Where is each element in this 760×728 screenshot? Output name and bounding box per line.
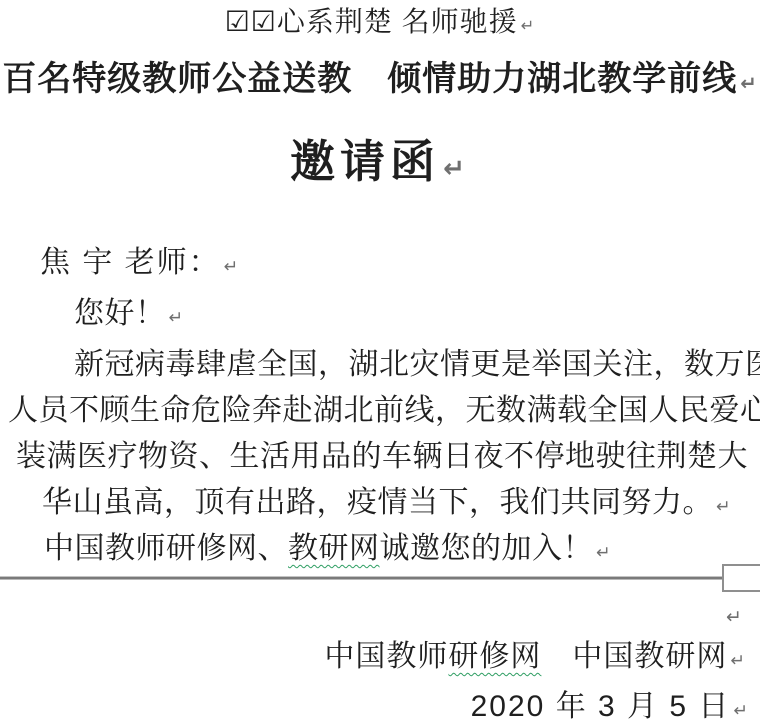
tagline: ☑☑心系荆楚 名师驰援↵ — [0, 6, 760, 38]
subtitle: 百名特级教师公益送教 倾情助力湖北教学前线↵ — [0, 60, 760, 99]
body-line: 华山虽高，顶有出路，疫情当下，我们共同努力。↵ — [42, 486, 731, 521]
subtitle-text: 百名特级教师公益送教 倾情助力湖北教学前线 — [2, 60, 737, 98]
body-line-text: 新冠病毒肆虐全国，湖北灾情更是举国关注，数万医务 — [74, 348, 760, 381]
body-line-text: 华山虽高，顶有出路，疫情当下，我们共同努力。 — [42, 486, 713, 519]
signature-org-part1: 中国教师 — [324, 640, 448, 673]
paragraph-mark: ↵ — [740, 73, 758, 95]
paragraph-mark: ↵ — [521, 17, 536, 35]
body-line-text: 装满医疗物资、生活用品的车辆日夜不停地驶往荆楚大 — [16, 440, 748, 473]
date-line: 2020 年 3 月 5 日↵ — [0, 690, 750, 725]
body-line: 人员不顾生命危险奔赴湖北前线，无数满载全国人民爱心的 — [8, 394, 760, 429]
paragraph-mark: ↵ — [169, 307, 184, 327]
body-line-text: 人员不顾生命危险奔赴湖北前线，无数满载全国人民爱心的 — [8, 394, 760, 427]
paragraph-mark: ↵ — [596, 542, 611, 562]
page-title-text: 邀请函 — [290, 136, 440, 187]
invite-text-spellcheck: 教研网 — [288, 532, 380, 565]
paragraph-mark: ↵ — [733, 700, 750, 720]
invite-line: 中国教师研修网、教研网诚邀您的加入！↵ — [44, 532, 611, 567]
paragraph-mark: ↵ — [730, 650, 746, 670]
greeting-text: 您好！ — [74, 297, 166, 330]
body-line: 装满医疗物资、生活用品的车辆日夜不停地驶往荆楚大 — [16, 440, 748, 475]
salutation-line: 焦 宇 老师：↵ — [40, 246, 240, 281]
greeting-line: 您好！↵ — [74, 297, 184, 332]
signature-line: 中国教师研修网 中国教研网↵ — [0, 640, 746, 675]
page-title: 邀请函↵ — [0, 136, 760, 188]
salutation-text: 焦 宇 老师： — [40, 246, 221, 279]
paragraph-mark: ↵ — [726, 606, 742, 629]
document-page: ☑☑心系荆楚 名师驰援↵ 百名特级教师公益送教 倾情助力湖北教学前线↵ 邀请函↵… — [0, 0, 760, 728]
signature-org-part2: 中国教研网 — [541, 640, 727, 673]
section-divider-line — [0, 576, 760, 580]
invite-text-part2: 诚邀您的加入！ — [380, 532, 594, 565]
paragraph-mark: ↵ — [443, 153, 470, 183]
paragraph-mark: ↵ — [716, 496, 731, 516]
invite-text-part1: 中国教师研修网、 — [44, 532, 288, 565]
tagline-text: ☑☑心系荆楚 名师驰援 — [225, 6, 518, 37]
paragraph-mark: ↵ — [224, 256, 241, 276]
date-text: 2020 年 3 月 5 日 — [471, 690, 731, 723]
body-line: 新冠病毒肆虐全国，湖北灾情更是举国关注，数万医务 — [74, 348, 760, 383]
page-edge-bracket-marker — [722, 564, 760, 592]
signature-org-spellcheck: 研修网 — [448, 640, 541, 673]
